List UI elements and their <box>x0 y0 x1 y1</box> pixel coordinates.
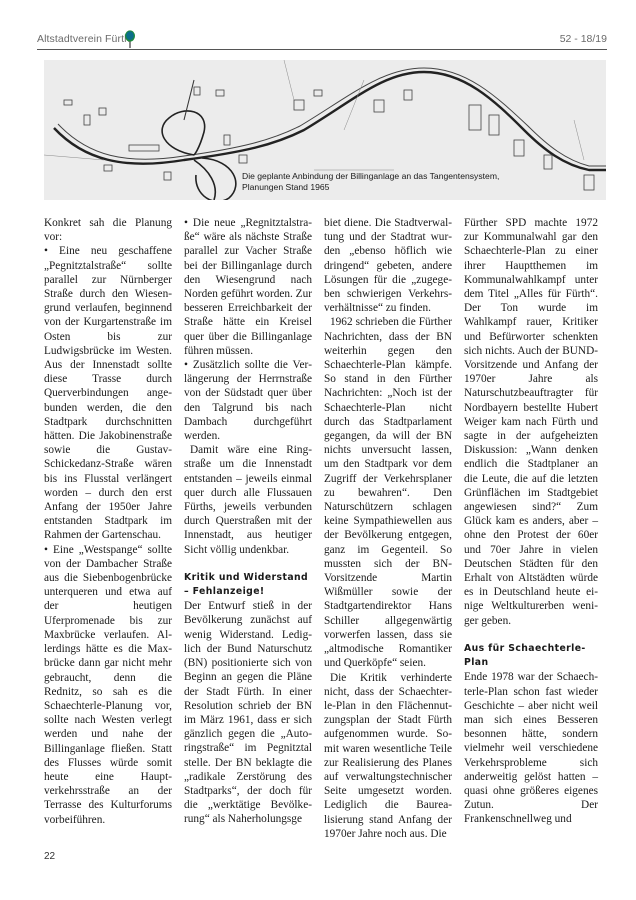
caption-line-1: Die geplante Anbindung der Billinganlage… <box>242 171 499 182</box>
stadtverwaltung-paragraph: biet diene. Die Stadtverwal­tung und der… <box>324 216 452 315</box>
article-column-1: Konkret sah die Planung vor: • Eine neu … <box>44 216 172 827</box>
section-heading-aus: Aus für Schaechterle-Plan <box>464 642 598 670</box>
ringstrasse-paragraph: Damit wäre eine Ring­straße um die Innen… <box>184 443 312 557</box>
tree-icon <box>124 30 136 48</box>
page-number: 22 <box>44 851 55 862</box>
issue-number: 52 - 18/19 <box>560 33 607 45</box>
flaechennutzungsplan-paragraph: Die Kritik verhinderte nicht, dass der S… <box>324 671 452 841</box>
article-column-3: biet diene. Die Stadtverwal­tung und der… <box>324 216 452 841</box>
bullet-herrnstrasse: • Zusätzlich sollte die Ver­längerung de… <box>184 358 312 443</box>
article-column-2: • Die neue „Regnitztalstra­ße“ wäre als … <box>184 216 312 827</box>
plan-drawing-figure: Die geplante Anbindung der Billinganlage… <box>44 60 606 200</box>
running-header: Altstadtverein Fürth 52 - 18/19 <box>37 30 607 50</box>
bullet-regnitztalstrasse: • Die neue „Regnitztalstra­ße“ wäre als … <box>184 216 312 358</box>
section-heading-kritik: Kritik und Widerstand – Fehlanzeige! <box>184 571 312 599</box>
ende-1978-paragraph: Ende 1978 war der Schaech­terle-Plan sch… <box>464 670 598 826</box>
entwurf-paragraph: Der Entwurf stieß in der Bevölkerung zun… <box>184 599 312 826</box>
figure-caption: Die geplante Anbindung der Billinganlage… <box>242 171 499 193</box>
bullet-pegnitztalstrasse: • Eine neu geschaffene „Pegnitztalstraße… <box>44 244 172 542</box>
bullet-westspange: • Eine „Westspange“ soll­te von der Damb… <box>44 543 172 827</box>
article-column-4: Fürther SPD machte 1972 zur Kommunalwahl… <box>464 216 598 827</box>
nachrichten-paragraph: 1962 schrieben die Fürther Nachrichten, … <box>324 315 452 670</box>
caption-line-2: Planungen Stand 1965 <box>242 182 499 193</box>
intro-paragraph: Konkret sah die Planung vor: <box>44 216 172 244</box>
publisher-name: Altstadtverein Fürth <box>37 33 130 45</box>
spd-paragraph: Fürther SPD machte 1972 zur Kommunalwahl… <box>464 216 598 628</box>
